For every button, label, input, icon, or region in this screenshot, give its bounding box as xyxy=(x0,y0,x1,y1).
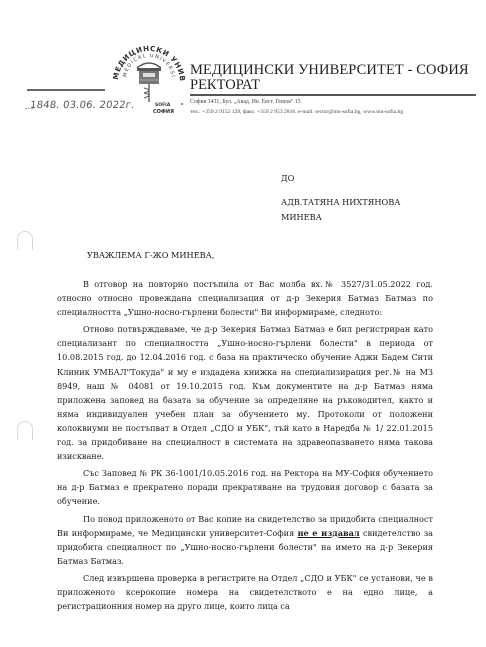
svg-text:СОФИЯ: СОФИЯ xyxy=(153,109,174,115)
paragraph-termination-order: Със Заповед № РК 36-1001/10.05.2016 год.… xyxy=(57,466,433,508)
recipient-surname: МИНЕВА xyxy=(281,212,322,222)
punch-hole-mark xyxy=(17,231,33,250)
university-address: София 1431, Бул. „Акад. Ив. Евст. Гешов"… xyxy=(190,99,301,105)
registration-stamp: 1848. 03.06. 2022г. xyxy=(29,100,135,111)
header-divider xyxy=(190,94,476,96)
salutation: УВАЖЛЕМА Г-ЖО МИНЕВА, xyxy=(87,250,215,260)
paragraph-certificate: По повод приложеното от Вас копие на сви… xyxy=(57,512,433,568)
svg-text:SOFIA: SOFIA xyxy=(155,102,171,108)
letter-body: В отговор на повторно постъпила от Вас м… xyxy=(57,277,433,616)
recipient-name: АДВ.ТАТЯНА НИХТЯНОВА xyxy=(281,197,400,207)
department-name: РЕКТОРАТ xyxy=(190,77,260,94)
recipient-to-label: ДО xyxy=(281,173,294,183)
university-contacts: тел.: +359 2 9152 129, факс: +359 2 953 … xyxy=(190,109,403,115)
punch-hole-mark xyxy=(17,421,33,440)
paragraph-intro: В отговор на повторно постъпила от Вас м… xyxy=(57,277,433,319)
paragraph-register-check: След извършена проверка в регистрите на … xyxy=(57,571,433,613)
paragraph-registration: Отново потвърждаваме, че д-р Зекерия Бат… xyxy=(57,322,433,463)
certificate-emphasis: не е издавал xyxy=(298,528,360,538)
letter-page: МЕДИЦИНСКИ УНИВЕРСИТЕТ MEDICAL UNIVERSIT… xyxy=(0,0,486,647)
header-left-rule xyxy=(27,89,105,91)
